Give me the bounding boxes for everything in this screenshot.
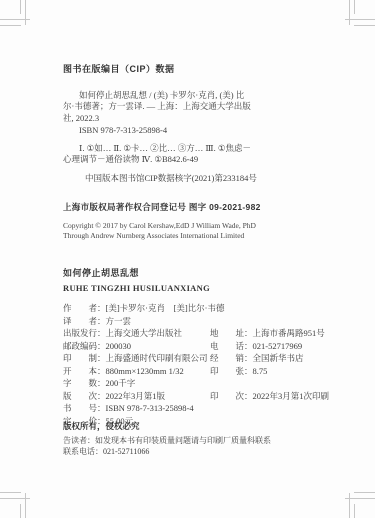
- colophon-row-publisher: 出版发行：上海交通大学出版社 地 址：上海市番禺路951号: [63, 327, 363, 340]
- cip-record-line: 如何停止胡思乱想 / (美) 卡罗尔·克肖, (美) 比: [63, 90, 319, 102]
- field-value: 方一雲: [106, 316, 132, 326]
- rights-notice-title: 版权所有，侵权必究: [63, 421, 271, 432]
- field-label: 作 者：: [63, 303, 106, 313]
- field-label: 电 话：: [210, 341, 253, 351]
- field-value: 上海盛通时代印刷有限公司: [106, 353, 208, 363]
- field-value: 上海交通大学出版社: [106, 328, 183, 338]
- copyright-line: Through Andrew Nurnberg Associates Inter…: [63, 231, 256, 241]
- colophon-col2: 地 址：上海市番禺路951号: [210, 327, 325, 340]
- rights-notice-line: 联系电话：021-52711066: [63, 446, 271, 457]
- colophon-col2: 电 话：021-52717969: [210, 340, 302, 353]
- field-label: 印 制：: [63, 353, 106, 363]
- field-value: 上海市番禺路951号: [253, 328, 325, 338]
- field-label: 书 号：: [63, 403, 106, 413]
- colophon-table: 作 者：[美]卡罗尔·克肖 [美]比尔·韦德 译 者：方一雲 出版发行：上海交通…: [63, 302, 363, 427]
- copyright-license-number: 上海市版权局著作权合同登记号 图字 09-2021-982: [63, 201, 261, 213]
- colophon-col2: 经 销：全国新华书店: [210, 352, 304, 365]
- field-label: 字 数：: [63, 378, 106, 388]
- cip-record-line: 社, 2022.3: [63, 113, 319, 125]
- title-block: 如何停止胡思乱想 RUHE TINGZHI HUSILUANXIANG: [63, 266, 210, 293]
- colophon-row-translator: 译 者：方一雲: [63, 315, 363, 328]
- field-value: ISBN 978-7-313-25898-4: [106, 403, 194, 413]
- field-value: 2022年3月第1次印刷: [253, 391, 330, 401]
- cip-registry-number: 中国版本图书馆CIP数据核字(2021)第233184号: [63, 173, 319, 185]
- colophon-col2: 印 张：8.75: [210, 365, 267, 378]
- rights-notice-line: 告读者：如发现本书有印装质量问题请与印刷厂质量科联系: [63, 435, 271, 446]
- field-value: 021-52717969: [253, 341, 303, 351]
- field-label: 印 张：: [210, 366, 253, 376]
- field-value: 880mm×1230mm 1/32: [106, 366, 184, 376]
- crop-mark-bottom-left: [0, 488, 34, 518]
- field-value: 全国新华书店: [253, 353, 304, 363]
- copyright-page: 图书在版编目（CIP）数据 如何停止胡思乱想 / (美) 卡罗尔·克肖, (美)…: [0, 0, 375, 518]
- field-value: 200千字: [106, 378, 136, 388]
- colophon-row-isbn: 书 号：ISBN 978-7-313-25898-4: [63, 402, 363, 415]
- book-title-pinyin: RUHE TINGZHI HUSILUANXIANG: [63, 283, 210, 293]
- field-label: 邮政编码：: [63, 341, 106, 351]
- colophon-row-wordcount: 字 数：200千字: [63, 377, 363, 390]
- field-label: 出版发行：: [63, 328, 106, 338]
- copyright-line: Copyright © 2017 by Carol Kershaw,EdD J …: [63, 221, 256, 231]
- cip-section: 图书在版编目（CIP）数据 如何停止胡思乱想 / (美) 卡罗尔·克肖, (美)…: [63, 64, 319, 184]
- colophon-col2: 印 次：2022年3月第1次印刷: [210, 390, 329, 403]
- field-label: 印 次：: [210, 391, 253, 401]
- colophon-row-postcode: 邮政编码：200030 电 话：021-52717969: [63, 340, 363, 353]
- colophon-row-printer: 印 制：上海盛通时代印刷有限公司 经 销：全国新华书店: [63, 352, 363, 365]
- cip-record-line: 尔·韦德著；方一雲译. — 上海：上海交通大学出版: [63, 101, 319, 113]
- field-label: 译 者：: [63, 316, 106, 326]
- crop-mark-top-right: [341, 0, 375, 30]
- field-label: 地 址：: [210, 328, 253, 338]
- cip-isbn: ISBN 978-7-313-25898-4: [63, 125, 319, 137]
- field-label: 开 本：: [63, 366, 106, 376]
- field-value: 8.75: [253, 366, 268, 376]
- rights-notice: 版权所有，侵权必究 告读者：如发现本书有印装质量问题请与印刷厂质量科联系 联系电…: [63, 421, 271, 457]
- field-value: [美]卡罗尔·克肖 [美]比尔·韦德: [106, 303, 225, 313]
- cip-class-line: Ⅰ. ①如… Ⅱ. ①卡… ②比… ③方… Ⅲ. ①焦虑－: [63, 143, 319, 155]
- crop-mark-bottom-right: [341, 488, 375, 518]
- field-label: 经 销：: [210, 353, 253, 363]
- crop-mark-top-left: [0, 0, 34, 30]
- cip-header: 图书在版编目（CIP）数据: [63, 64, 319, 76]
- colophon-row-author: 作 者：[美]卡罗尔·克肖 [美]比尔·韦德: [63, 302, 363, 315]
- copyright-notice: Copyright © 2017 by Carol Kershaw,EdD J …: [63, 221, 256, 240]
- cip-class-line: 心理调节－通俗读物 Ⅳ. ①B842.6-49: [63, 154, 319, 166]
- book-title-chinese: 如何停止胡思乱想: [63, 266, 210, 279]
- colophon-row-edition: 版 次：2022年3月第1版 印 次：2022年3月第1次印刷: [63, 390, 363, 403]
- field-label: 版 次：: [63, 391, 106, 401]
- cip-record: 如何停止胡思乱想 / (美) 卡罗尔·克肖, (美) 比 尔·韦德著；方一雲译.…: [63, 90, 319, 137]
- field-value: 2022年3月第1版: [106, 391, 166, 401]
- field-value: 200030: [106, 341, 132, 351]
- colophon-row-format: 开 本：880mm×1230mm 1/32 印 张：8.75: [63, 365, 363, 378]
- cip-classification: Ⅰ. ①如… Ⅱ. ①卡… ②比… ③方… Ⅲ. ①焦虑－ 心理调节－通俗读物 …: [63, 143, 319, 166]
